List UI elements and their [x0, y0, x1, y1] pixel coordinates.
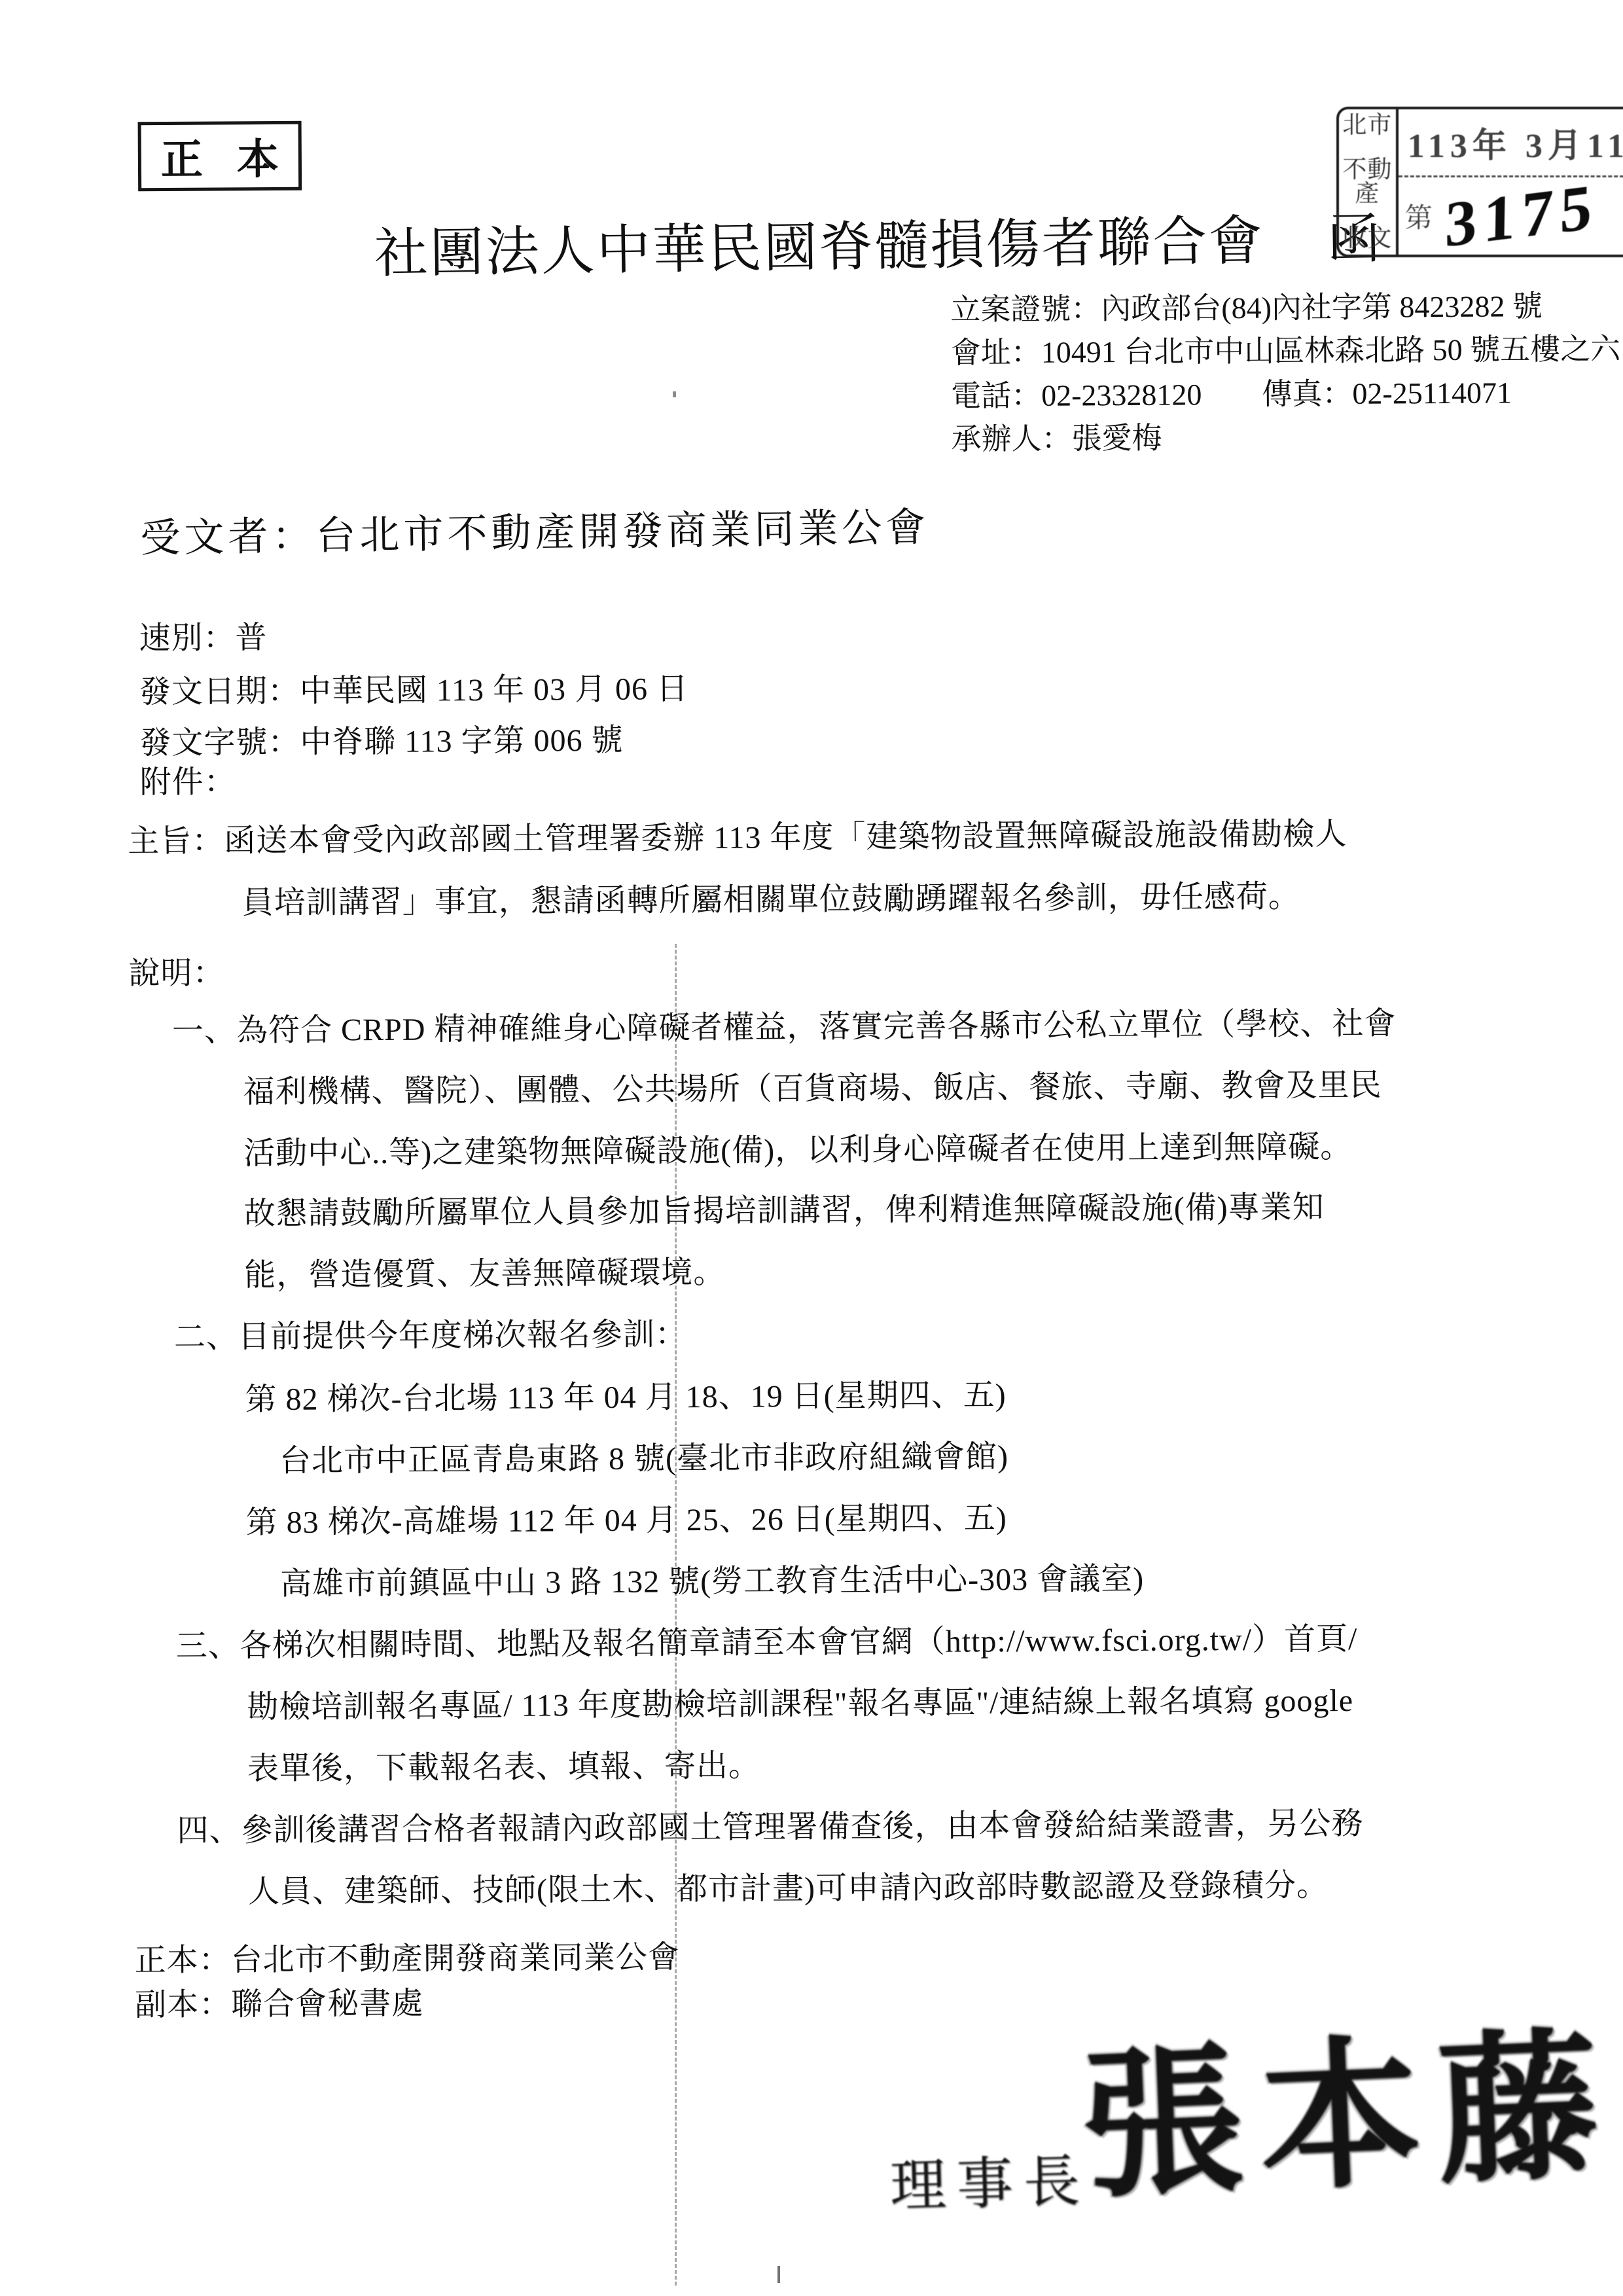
copy-box-char-left: 正 [161, 126, 204, 187]
issue-number-line: 發文字號：中脊聯 113 字第 006 號 [139, 715, 624, 763]
chairman-title-label: 理事長 [889, 2135, 1091, 2221]
original-recipient-line: 正本：台北市不動產開發商業同業公會 [134, 1931, 679, 1980]
item3-line-1: 三、各梯次相關時間、地點及報名簡章請至本會官網（http://www.fsci.… [176, 1613, 1358, 1666]
chairman-signature: 張本藤 [1079, 2026, 1619, 2209]
stamp-number-handwritten: 3175 [1444, 174, 1599, 258]
item4-line-2: 人員、建築師、技師(限土木、都市計畫)可申請內政部時數認證及登錄積分。 [248, 1859, 1329, 1911]
contact-person-line: 承辦人：張愛梅 [951, 414, 1621, 461]
stamp-org-row-2: 不動產 [1340, 158, 1395, 206]
original-copy-box: 正 本 [138, 121, 302, 192]
session82-venue-line: 台北市中正區青島東路 8 號(臺北市非政府組織會館) [279, 1431, 1008, 1480]
session82-line: 第 82 梯次-台北場 113 年 04 月 18、19 日(星期四、五) [245, 1369, 1007, 1419]
registration-number-line: 立案證號：內政部台(84)內社字第 8423282 號 [950, 284, 1620, 331]
item1-line-3: 活動中心..等)之建築物無障礙設施(備)，以利身心障礙者在使用上達到無障礙。 [243, 1121, 1352, 1173]
issuing-org-name: 社團法人中華民國脊髓損傷者聯合會 [374, 211, 1264, 284]
phone-fax-line: 電話：02-23328120 傳真：02-25114071 [951, 370, 1621, 418]
item1-line-1: 一、為符合 CRPD 精神確維身心障礙者權益，落實完善各縣市公私立單位（學校、社… [172, 998, 1397, 1050]
issue-date-line: 發文日期：中華民國 113 年 03 月 06 日 [139, 663, 689, 711]
speed-class-line: 速別：普 [139, 612, 267, 658]
received-date-stamp: 北市 不動產 收文 113年 3月11 第 3175 [1336, 107, 1623, 257]
item1-line-2: 福利機構、醫院）、團體、公共場所（百貨商場、飯店、餐旅、寺廟、教會及里民 [243, 1060, 1382, 1112]
item2-line-1: 二、目前提供今年度梯次報名參訓： [174, 1308, 687, 1357]
scan-speck [673, 391, 676, 397]
stamp-received-date: 113年 3月11 [1399, 109, 1623, 177]
explanation-heading: 說明： [128, 947, 224, 993]
item1-line-5: 能，營造優質、友善無障礙環境。 [244, 1247, 725, 1295]
org-contact-block: 立案證號：內政部台(84)內社字第 8423282 號 會址：10491 台北市… [950, 284, 1621, 461]
subject-line-1: 主旨：函送本會受內政部國土管理署委辦 113 年度「建築物設置無障礙設施設備勘檢… [128, 808, 1347, 861]
stamp-org-row-1: 北市 [1340, 113, 1395, 137]
scanned-official-letter: 正 本 社團法人中華民國脊髓損傷者聯合會函 立案證號：內政部台(84)內社字第 … [0, 0, 1623, 2296]
stamp-number-prefix: 第 [1405, 196, 1433, 236]
recipient-line: 受文者：台北市不動產開發商業同業公會 [140, 495, 930, 564]
scan-speck [777, 2266, 780, 2283]
address-line: 會址：10491 台北市中山區林森北路 50 號五樓之六 [951, 327, 1621, 374]
session83-venue-line: 高雄市前鎮區中山 3 路 132 號(勞工教育生活中心-303 會議室) [280, 1553, 1144, 1604]
item3-line-3: 表單後，下載報名表、填報、寄出。 [247, 1740, 760, 1789]
item4-line-1: 四、參訓後講習合格者報請內政部國土管理署備查後，由本會發給結業證書，另公務 [177, 1798, 1363, 1850]
fold-crease-line [675, 944, 677, 2286]
session83-line: 第 83 梯次-高雄場 112 年 04 月 25、26 日(星期四、五) [245, 1492, 1007, 1542]
stamp-org-row-3: 收文 [1340, 226, 1395, 251]
letter-title: 社團法人中華民國脊髓損傷者聯合會函 [374, 196, 1383, 288]
stamp-org-column: 北市 不動產 收文 [1339, 109, 1399, 255]
cc-recipient-line: 副本：聯合會秘書處 [135, 1978, 423, 2025]
copy-box-char-right: 本 [237, 126, 279, 186]
item1-line-4: 故懇請鼓勵所屬單位人員參加旨揭培訓講習，俾利精進無障礙設施(備)專業知 [244, 1181, 1325, 1233]
attachment-line: 附件： [139, 756, 236, 802]
item3-line-2: 勘檢培訓報名專區/ 113 年度勘檢培訓課程"報名專區"/連結線上報名填寫 go… [247, 1675, 1353, 1727]
subject-line-2: 員培訓講習」事宜，懇請函轉所屬相關單位鼓勵踴躍報名參訓，毋任感荷。 [242, 870, 1300, 922]
